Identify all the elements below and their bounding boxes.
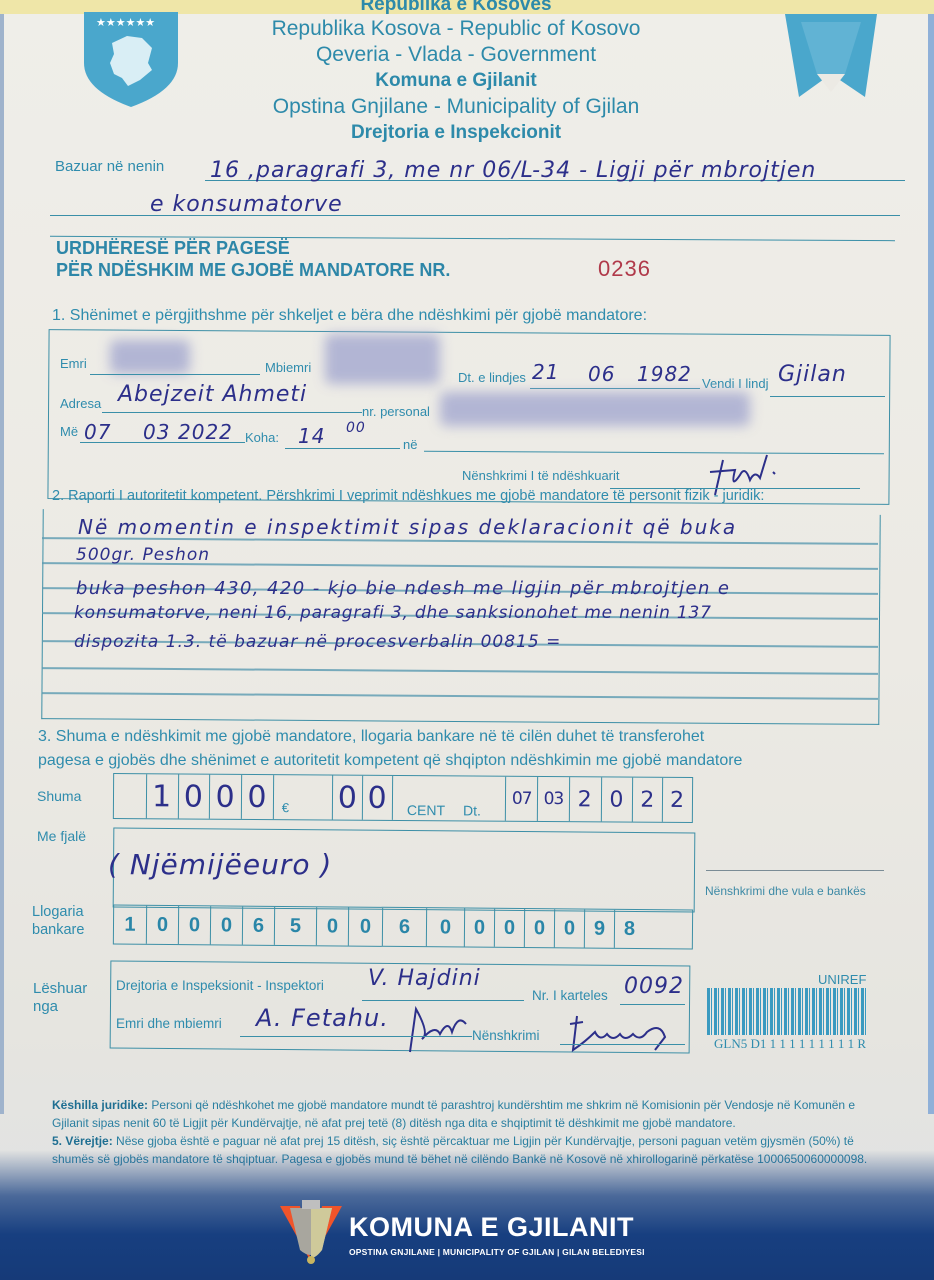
date-field[interactable] xyxy=(80,442,245,443)
last-name-label: Mbiemri xyxy=(265,360,311,375)
account-digit-cell: 6 xyxy=(382,908,426,946)
document-header: Republika e Kosovës Republika Kosova - R… xyxy=(206,2,706,146)
account-digit-cell: 0 xyxy=(316,907,348,945)
order-title-line2: PËR NDËSHKIM ME GJOBË MANDATORE NR. xyxy=(56,260,450,281)
order-title-line1: URDHËRESË PËR PAGESË xyxy=(56,238,290,259)
inspector-signature-label: Nënshkrimi xyxy=(472,1028,540,1043)
barcode-title: UNIREF xyxy=(818,972,866,987)
date-cell: 0 xyxy=(600,777,632,821)
barcode-code: GLN5 D1 1 1 1 1 1 1 1 1 1 R xyxy=(714,1036,866,1052)
time-minute: 00 xyxy=(346,420,366,436)
account-number-box: 1 0 0 0 6 5 0 0 6 0 0 0 0 0 9 8 xyxy=(113,904,693,949)
inspector-field[interactable] xyxy=(362,1000,524,1001)
cent-cell: 0 xyxy=(362,776,392,820)
last-name-redacted xyxy=(325,334,440,384)
date-cell: 03 xyxy=(537,777,569,821)
report-line: konsumatorve, neni 16, paragrafi 3, dhe … xyxy=(74,603,712,623)
account-digit-cell: 1 xyxy=(114,905,146,943)
personal-no-redacted xyxy=(440,392,750,426)
cent-label: CENT xyxy=(407,802,445,818)
legal-advice-label: Këshilla juridike: xyxy=(52,1098,148,1112)
issued-by-label-2: nga xyxy=(33,998,58,1015)
notes-label: 5. Vërejtje: xyxy=(52,1134,113,1148)
svg-text:★★★★★★: ★★★★★★ xyxy=(96,16,155,29)
account-digit-cell: 0 xyxy=(464,909,494,947)
inspector-label: Drejtoria e Inspeksionit - Inspektori xyxy=(116,978,324,993)
date-year: 2022 xyxy=(178,420,233,444)
account-digit-cell: 0 xyxy=(426,908,464,946)
card-number-value: 0092 xyxy=(624,974,684,999)
date-day: 07 xyxy=(84,420,111,444)
time-hour: 14 xyxy=(298,424,325,448)
first-name-field[interactable] xyxy=(90,374,260,375)
issued-by-label-1: Lëshuar xyxy=(33,980,87,997)
amount-cell: 0 xyxy=(177,774,209,818)
inspector-value: V. Hajdini xyxy=(368,966,481,991)
date-cell: 2 xyxy=(632,778,662,822)
account-digit-cell: 0 xyxy=(554,909,584,947)
address-field[interactable] xyxy=(102,412,362,413)
dob-year: 1982 xyxy=(637,362,692,386)
amount-box[interactable]: 1 0 0 0 € 0 0 CENT Dt. 07 03 2 0 2 2 xyxy=(113,773,693,823)
words-label: Me fjalë xyxy=(37,828,86,844)
account-digit-cell: 0 xyxy=(494,909,524,947)
birthplace-field[interactable] xyxy=(770,396,885,397)
kosovo-coat-of-arms-icon: ★★★★★★ xyxy=(82,8,180,108)
address-label: Adresa xyxy=(60,396,101,411)
date-label: Dt. xyxy=(463,802,481,818)
section3-heading-line2: pagesa e gjobës dhe shënimet e autoritet… xyxy=(38,752,742,770)
report-line: buka peshon 430, 420 - kjo bie ndesh me … xyxy=(76,578,730,599)
date-cell: 2 xyxy=(569,777,601,821)
footer-subtitle: OPSTINA GNJILANE | MUNICIPALITY OF GJILA… xyxy=(349,1247,645,1257)
personal-no-label: nr. personal xyxy=(362,404,430,419)
first-name-redacted xyxy=(110,340,190,374)
basis-label: Bazuar në nenin xyxy=(55,158,164,175)
offender-signature-label: Nënshkrimi I të ndëshkuarit xyxy=(462,468,620,483)
name-field[interactable] xyxy=(240,1036,472,1037)
section2-heading: 2. Raporti I autoritetit kompetent. Përs… xyxy=(52,488,764,504)
order-number: 0236 xyxy=(598,256,651,282)
bank-signature-field[interactable] xyxy=(706,870,884,871)
account-digit-cell: 0 xyxy=(146,906,178,944)
dob-month: 06 xyxy=(588,362,615,386)
bank-signature-label: Nënshkrimi dhe vula e bankës xyxy=(705,884,866,898)
amount-cell xyxy=(114,774,146,818)
amount-label: Shuma xyxy=(37,788,81,804)
report-line: 500gr. Peshon xyxy=(76,545,210,565)
date-cell: 2 xyxy=(662,778,692,822)
report-line: dispozita 1.3. të bazuar në procesverbal… xyxy=(74,632,561,652)
account-digit-cell: 0 xyxy=(524,909,554,947)
section1-heading: 1. Shënimet e përgjithshme për shkeljet … xyxy=(52,307,647,325)
signature-mark xyxy=(565,1012,685,1052)
account-digit-cell: 0 xyxy=(210,906,242,944)
name-value: A. Fetahu. xyxy=(256,1004,389,1032)
section3-heading-line1: 3. Shuma e ndëshkimit me gjobë mandatore… xyxy=(38,728,704,746)
cent-cell: 0 xyxy=(332,776,362,820)
currency-cell: € xyxy=(273,775,333,819)
card-number-field[interactable] xyxy=(620,1004,685,1005)
address-value: Abejzeit Ahmeti xyxy=(118,382,307,407)
date-label: Më xyxy=(60,424,78,439)
card-number-label: Nr. I karteles xyxy=(532,988,608,1003)
header-municipality: Komuna e Gjilanit xyxy=(206,68,706,94)
inspector-signature xyxy=(400,1004,470,1056)
left-edge xyxy=(0,14,4,1114)
time-field[interactable] xyxy=(285,448,400,449)
account-digit-cell: 5 xyxy=(274,907,316,945)
amount-cell: 0 xyxy=(241,775,273,819)
account-digit-cell: 6 xyxy=(242,907,274,945)
date-month: 03 xyxy=(143,420,170,444)
account-label-1: Llogaria xyxy=(32,904,84,920)
legal-advice-text: Personi që ndëshkohet me gjobë mandatore… xyxy=(52,1098,855,1130)
basis-value-line1: 16 ,paragrafi 3, me nr 06/L-34 - Ligji p… xyxy=(210,158,816,183)
signature-field[interactable] xyxy=(560,1044,685,1045)
dob-label: Dt. e lindjes xyxy=(458,370,526,385)
footer-title: KOMUNA E GJILANIT xyxy=(349,1212,634,1243)
report-line: Në momentin e inspektimit sipas deklarac… xyxy=(78,515,737,539)
date-cell: 07 xyxy=(505,777,537,821)
account-label-2: bankare xyxy=(32,922,84,938)
basis-value-line2: e konsumatorve xyxy=(150,192,343,217)
cent-date-label-cell: CENT Dt. xyxy=(392,776,506,821)
account-digit-cell: 9 xyxy=(584,910,614,948)
words-value: ( Njëmijëeuro ) xyxy=(108,848,332,881)
fine-document: ★★★★★★ Republika e Kosovës Republika Kos… xyxy=(0,0,934,1280)
account-digit-cell: 0 xyxy=(178,906,210,944)
gjilan-municipality-logo-icon xyxy=(278,1200,344,1266)
account-digit-cell: 8 xyxy=(614,910,644,948)
birthplace-value: Gjilan xyxy=(778,362,847,387)
time-label: Koha: xyxy=(245,430,279,445)
dob-day: 21 xyxy=(532,360,559,384)
header-directorate: Drejtoria e Inspekcionit xyxy=(206,120,706,146)
amount-cell: 0 xyxy=(209,775,241,819)
header-republic: Republika Kosova - Republic of Kosovo xyxy=(206,16,706,42)
place-label: në xyxy=(403,437,417,452)
account-digit-cell: 0 xyxy=(348,908,382,946)
name-label: Emri dhe mbiemri xyxy=(116,1016,222,1031)
header-republic-albanian: Republika e Kosovës xyxy=(206,0,706,16)
right-edge xyxy=(928,14,934,1114)
header-government: Qeveria - Vlada - Government xyxy=(206,42,706,68)
amount-cell: 1 xyxy=(146,774,178,818)
dob-field[interactable] xyxy=(530,388,700,389)
first-name-label: Emri xyxy=(60,356,87,371)
gjilan-emblem-icon xyxy=(783,12,879,100)
birthplace-label: Vendi I lindj xyxy=(702,376,769,391)
barcode xyxy=(707,988,867,1035)
header-municipality-translations: Opstina Gnjilane - Municipality of Gjila… xyxy=(206,94,706,120)
